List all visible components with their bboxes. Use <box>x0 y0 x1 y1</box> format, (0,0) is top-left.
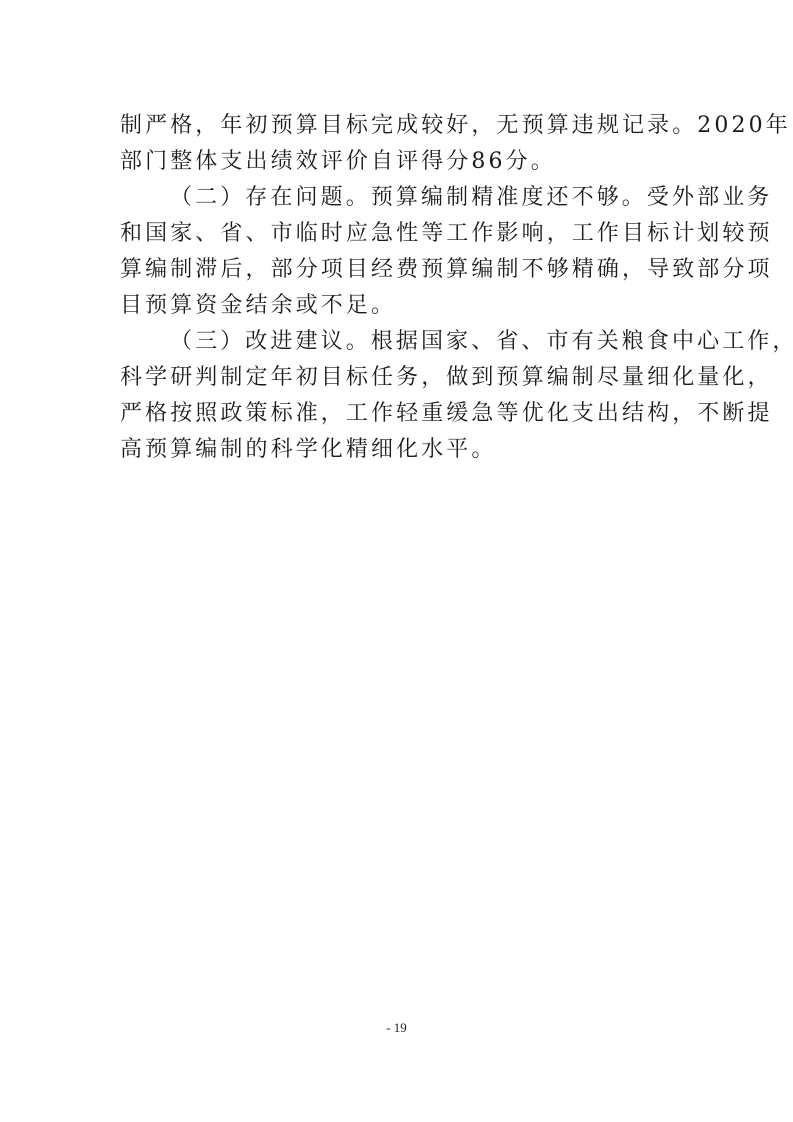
text-line: 严格按照政策标准，工作轻重缓急等优化支出结构，不断提 <box>120 396 678 432</box>
text-line: 目预算资金结余或不足。 <box>120 288 678 324</box>
paragraph-problems: （二）存在问题。预算编制精准度还不够。受外部业务 和国家、省、市临时应急性等工作… <box>120 180 678 324</box>
text-line: （二）存在问题。预算编制精准度还不够。受外部业务 <box>120 180 678 216</box>
text-line: （三）改进建议。根据国家、省、市有关粮食中心工作， <box>120 324 678 360</box>
text-line: 制严格，年初预算目标完成较好，无预算违规记录。2020年 <box>120 108 678 144</box>
paragraph-suggestions: （三）改进建议。根据国家、省、市有关粮食中心工作， 科学研判制定年初目标任务，做… <box>120 324 678 468</box>
paragraph-continued: 制严格，年初预算目标完成较好，无预算违规记录。2020年 部门整体支出绩效评价自… <box>120 108 678 180</box>
page-number: - 19 <box>0 1020 793 1036</box>
text-line: 算编制滞后，部分项目经费预算编制不够精确，导致部分项 <box>120 252 678 288</box>
text-line: 科学研判制定年初目标任务，做到预算编制尽量细化量化， <box>120 360 678 396</box>
text-line: 和国家、省、市临时应急性等工作影响，工作目标计划较预 <box>120 216 678 252</box>
text-line: 高预算编制的科学化精细化水平。 <box>120 432 678 468</box>
text-line: 部门整体支出绩效评价自评得分86分。 <box>120 144 678 180</box>
document-page: 制严格，年初预算目标完成较好，无预算违规记录。2020年 部门整体支出绩效评价自… <box>0 0 793 1122</box>
body-text: 制严格，年初预算目标完成较好，无预算违规记录。2020年 部门整体支出绩效评价自… <box>120 108 678 468</box>
